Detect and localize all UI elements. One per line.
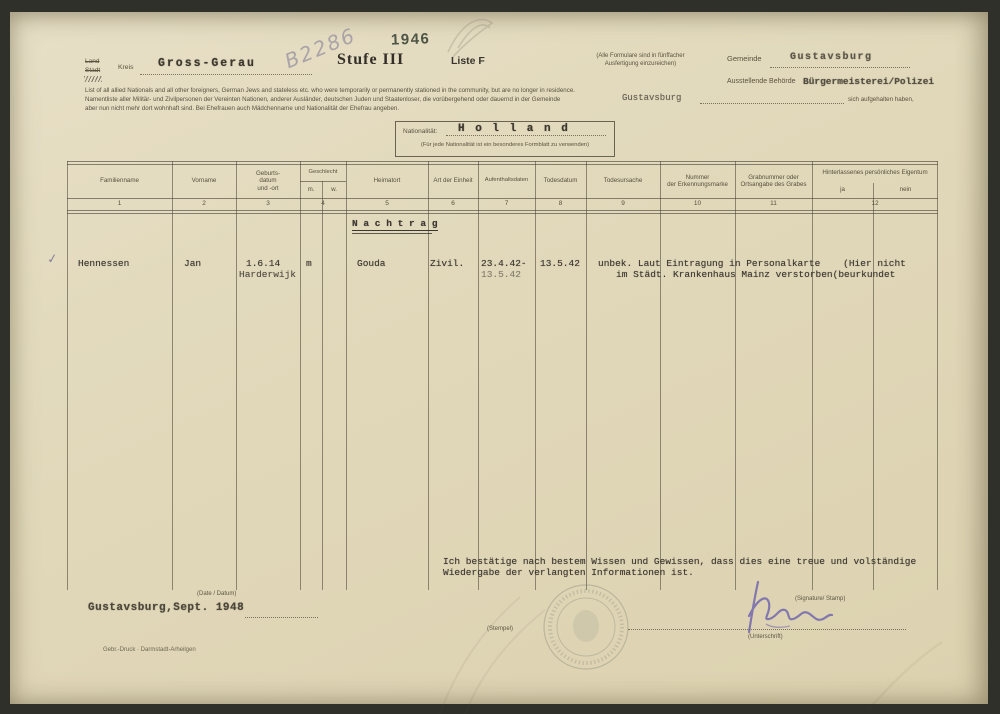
col-num-3: 3	[236, 200, 300, 207]
intro-gemeinde-value: Gustavsburg	[622, 93, 681, 103]
col-header-einheit: Art der Einheit	[428, 166, 478, 196]
printer-imprint: Gebr.-Druck · Darmstadt-Arheilgen	[103, 647, 196, 653]
copies-note-line1: (Alle Formulare sind in fünffacher	[558, 53, 723, 61]
nationality-label: Nationalität:	[403, 128, 437, 135]
table-vline	[346, 161, 347, 590]
copies-note-line2: Ausfertigung einzureichen)	[558, 61, 723, 69]
liste-label: Liste F	[451, 55, 485, 67]
header-bottom-rule	[67, 198, 938, 199]
land-label: Land	[85, 58, 99, 65]
date-value: Gustavsburg,Sept. 1948	[88, 602, 244, 614]
table-vline	[172, 161, 173, 590]
kreis-value: Gross-Gerau	[158, 57, 256, 70]
entry-familienname: Hennessen	[78, 258, 129, 269]
table-vline	[300, 161, 301, 590]
col-num-10: 10	[660, 200, 735, 207]
gemeinde-value: Gustavsburg	[790, 52, 873, 63]
official-stamp	[540, 582, 632, 674]
intro-dotted-line	[700, 103, 844, 104]
col-header-vorname: Vorname	[172, 166, 236, 196]
col-num-4: 4	[300, 200, 346, 207]
behoerde-label: Ausstellende Behörde	[727, 78, 796, 85]
col-subheader-ja: ja	[812, 183, 873, 197]
entry-geschlecht: m	[306, 258, 312, 269]
col-num-1: 1	[67, 200, 172, 207]
entry-vorname: Jan	[184, 258, 201, 269]
col-header-aufenthalt: Aufenthaltsdaten	[478, 166, 535, 196]
entry-aufenthalt-bis: 13.5.42	[481, 269, 521, 280]
date-dotted-line	[245, 617, 318, 618]
table-vline-property-divider	[873, 183, 874, 590]
col-header-todesdatum: Todesdatum	[535, 166, 586, 196]
table-top-rule-1	[67, 161, 938, 162]
kreis-label: Kreis	[118, 64, 134, 71]
col-num-5: 5	[346, 200, 428, 207]
col-header-todesursache: Todesursache	[586, 166, 660, 196]
intro-german-suffix: sich aufgehalten haben,	[848, 96, 914, 103]
signature-dotted-line	[628, 629, 906, 630]
entry-geburtsort: Harderwijk	[239, 269, 296, 280]
col-header-heimatort: Heimatort	[346, 166, 428, 196]
table-vline	[478, 161, 479, 590]
table-vline	[236, 161, 237, 590]
copies-note: (Alle Formulare sind in fünffacher Ausfe…	[558, 53, 723, 68]
col-num-12: 12	[812, 200, 938, 207]
entry-einheit: Zivil.	[430, 258, 464, 269]
number-row-rule-1	[67, 210, 938, 211]
entry-todesursache-2: im Städt. Krankenhaus Mainz verstorben(b…	[616, 269, 895, 280]
entry-aufenthalt-von: 23.4.42-	[481, 258, 527, 269]
scanned-document-page: B2286 1946 Stufe III Liste F Land Stadt …	[0, 0, 1000, 714]
nationality-box: Nationalität: H o l l a n d (Für jede Na…	[395, 121, 615, 157]
certification-line-1: Ich bestätige nach bestem Wissen und Gew…	[443, 556, 916, 567]
number-row-rule-2	[67, 213, 938, 214]
col-header-familienname: Familienname	[67, 166, 172, 196]
col-num-6: 6	[428, 200, 478, 207]
col-header-geschlecht: Geschlecht	[298, 166, 348, 180]
table-vline	[535, 161, 536, 590]
col-num-8: 8	[535, 200, 586, 207]
paper-crease-right	[860, 630, 950, 714]
entry-geburtsdatum: 1.6.14	[246, 258, 280, 269]
col-num-11: 11	[735, 200, 812, 207]
col-header-grabnummer: Grabnummer oder Ortsangabe des Grabes	[735, 166, 812, 196]
stadt-label: Stadt	[85, 67, 100, 74]
nationality-dotted-line	[446, 135, 606, 136]
year-stamp: 1946	[391, 30, 431, 48]
col-subheader-w: w.	[322, 183, 346, 197]
unterschrift-label: (Unterschrift)	[748, 634, 783, 640]
table-vline-sex-divider	[322, 181, 323, 590]
nationality-note: (Für jede Nationalität ist ein besondere…	[396, 142, 614, 148]
col-num-2: 2	[172, 200, 236, 207]
col-num-7: 7	[478, 200, 535, 207]
table-vline	[67, 161, 68, 590]
col-header-geburtsdatum: Geburts- datum und -ort	[236, 166, 300, 196]
table-vline	[812, 161, 813, 590]
col-header-eigentum: Hinterlassenes persönliches Eigentum	[812, 166, 938, 180]
entry-heimatort: Gouda	[357, 258, 386, 269]
behoerde-value: Bürgermeisterei/Polizei	[803, 76, 934, 87]
intro-german-1: Namentliste aller Militär- und Zivilpers…	[85, 96, 560, 103]
date-label: (Date / Datum)	[197, 591, 236, 597]
pencil-checkmark: ✓	[46, 250, 59, 267]
gemeinde-label: Gemeinde	[727, 54, 762, 63]
nachtrag-heading: N a c h t r a g	[352, 218, 438, 231]
col-header-erkennungsmarke: Nummer der Erkennungsmarke	[660, 166, 735, 196]
col-subheader-m: m.	[300, 183, 322, 197]
stempel-label: (Stempel)	[487, 626, 513, 632]
gemeinde-dotted-line	[770, 67, 910, 68]
struck-scribble	[84, 76, 102, 82]
sex-sub-rule	[300, 181, 346, 182]
entry-todesursache-1: unbek. Laut Eintragung in Personalkarte …	[598, 258, 906, 269]
certification-line-2: Wiedergabe der verlangten Informationen …	[443, 567, 694, 578]
table-vline	[937, 161, 938, 590]
table-top-rule-2	[67, 164, 938, 165]
nachtrag-underline-2	[352, 233, 432, 234]
table-vline	[586, 161, 587, 590]
form-title: Stufe III	[337, 51, 404, 69]
nationality-value: H o l l a n d	[458, 123, 570, 135]
col-num-9: 9	[586, 200, 660, 207]
col-subheader-nein: nein	[873, 183, 938, 197]
intro-english: List of all allied Nationals and all oth…	[85, 87, 575, 94]
table-vline	[735, 161, 736, 590]
entry-todesdatum: 13.5.42	[540, 258, 580, 269]
intro-german-2: aber nun nicht mehr dort wohnhaft sind. …	[85, 105, 399, 112]
kreis-dotted-line	[140, 74, 312, 75]
table-vline	[660, 161, 661, 590]
